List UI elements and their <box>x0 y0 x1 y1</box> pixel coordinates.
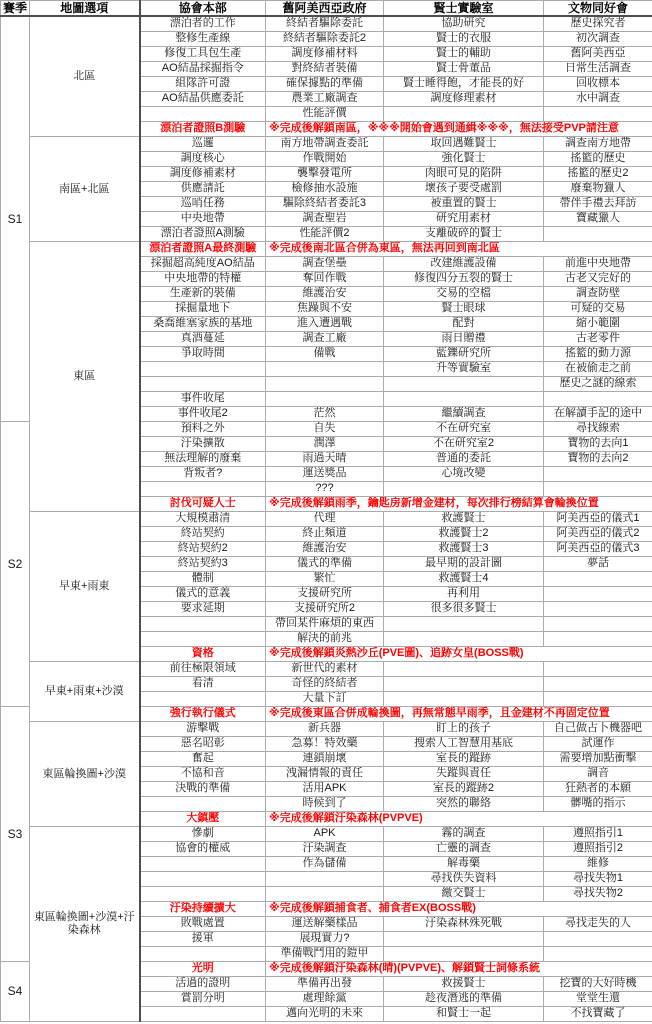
table-row: 早東+雨東大規模肅清代理救護賢士阿美西亞的儀式1 <box>1 512 652 527</box>
quest-cell: 惡名昭彰 <box>140 737 266 752</box>
quest-cell <box>266 872 384 887</box>
quest-cell: 性能評價 <box>266 107 384 122</box>
unlock-note-cell: ※完成後南北區合併為東區，無法再回到南北區 <box>266 242 652 257</box>
quest-cell: 調查防壁 <box>544 287 652 302</box>
quest-cell: 慘劇 <box>140 827 266 842</box>
quest-cell <box>544 572 652 587</box>
milestone-cell: 討伐可疑人士 <box>140 497 266 512</box>
quest-cell: 協會的權威 <box>140 842 266 857</box>
quest-cell: 亡靈的調查 <box>384 842 544 857</box>
milestone-cell: 大鎮壓 <box>140 812 266 827</box>
season-cell: S2 <box>1 422 30 707</box>
quest-cell: 調查聖岩 <box>266 212 384 227</box>
quest-cell: 寶藏獵人 <box>544 212 652 227</box>
quest-cell: 霧的調查 <box>384 827 544 842</box>
quest-cell: 檢修抽水設施 <box>266 182 384 197</box>
column-header-map: 地圖選項 <box>30 1 140 17</box>
quest-cell: 救援賢士 <box>384 977 544 992</box>
quest-cell: 生產新的裝備 <box>140 287 266 302</box>
quest-cell: 協助研究 <box>384 16 544 32</box>
quest-cell: 帶伴手禮去拜訪 <box>544 197 652 212</box>
quest-cell: 儀式的準備 <box>266 557 384 572</box>
quest-cell <box>544 482 652 497</box>
quest-cell: 襲擊發電所 <box>266 167 384 182</box>
quest-cell: 邁向光明的未來 <box>266 1007 384 1022</box>
quest-cell: 確保據點的準備 <box>266 77 384 92</box>
quest-cell <box>544 947 652 962</box>
quest-cell: 古老零件 <box>544 332 652 347</box>
map-cell: 東區輪換圖+沙漠+汙染森林 <box>30 827 140 1022</box>
quest-cell <box>384 377 544 392</box>
quest-cell: 雨過天晴 <box>266 452 384 467</box>
quest-cell: 遵照指引1 <box>544 827 652 842</box>
quest-cell: ??? <box>266 482 384 497</box>
quest-cell: 作為儲備 <box>266 857 384 872</box>
quest-cell: 雨日贈禮 <box>384 332 544 347</box>
quest-cell <box>140 632 266 647</box>
quest-cell: 搜索人工智慧用基底 <box>384 737 544 752</box>
quest-cell: 賢士睡得飽，才能長的好 <box>384 77 544 92</box>
map-cell: 早東+雨東+沙漠 <box>30 662 140 722</box>
milestone-cell: 光明 <box>140 962 266 977</box>
quest-cell: 繁忙 <box>266 572 384 587</box>
quest-cell <box>140 107 266 122</box>
quest-cell: AO結晶供應委託 <box>140 92 266 107</box>
quest-cell <box>140 1007 266 1022</box>
quest-cell: 交易的空檔 <box>384 287 544 302</box>
quest-cell: 修復四分五裂的賢士 <box>384 272 544 287</box>
quest-cell: 配對 <box>384 317 544 332</box>
quest-cell: 準備戰鬥用的鎧甲 <box>266 947 384 962</box>
quest-cell: 解決的前兆 <box>266 632 384 647</box>
quest-cell <box>140 692 266 707</box>
quest-cell: 農業工廠調查 <box>266 92 384 107</box>
quest-cell: 舊阿美西亞 <box>544 47 652 62</box>
quest-cell: 運送解藥樣品 <box>266 917 384 932</box>
quest-cell: 不在研究室2 <box>384 437 544 452</box>
quest-cell: 組隊許可證 <box>140 77 266 92</box>
quest-cell: 寶物的去向2 <box>544 452 652 467</box>
quest-cell <box>140 857 266 872</box>
quest-cell: 救護賢士 <box>384 512 544 527</box>
quest-cell <box>266 887 384 902</box>
quest-cell: 失蹤與責任 <box>384 767 544 782</box>
table-row: 東區輪換圖+沙漠+汙染森林慘劇APK霧的調查遵照指引1 <box>1 827 652 842</box>
quest-cell: 驅除終結者委託3 <box>266 197 384 212</box>
quest-cell: 活過的證明 <box>140 977 266 992</box>
quest-cell: 日常生活調查 <box>544 62 652 77</box>
quest-cell: 水中調查 <box>544 92 652 107</box>
quest-cell: 很多很多賢士 <box>384 602 544 617</box>
quest-cell <box>384 677 544 692</box>
quest-cell: 真酒蔓延 <box>140 332 266 347</box>
quest-cell: 縮小範圍 <box>544 317 652 332</box>
quest-cell: 狂熱者的本願 <box>544 782 652 797</box>
quest-cell: 升等實驗室 <box>384 362 544 377</box>
unlock-note-cell: ※完成後解鎖捕食者、捕食者EX(BOSS戰) <box>266 902 652 917</box>
quest-cell: 作戰開始 <box>266 152 384 167</box>
quest-cell: 代理 <box>266 512 384 527</box>
quest-cell: 初次調查 <box>544 32 652 47</box>
quest-cell: 改建維護設備 <box>384 257 544 272</box>
quest-cell: 搖籃的歷史2 <box>544 167 652 182</box>
quest-cell: 整修生產線 <box>140 32 266 47</box>
quest-cell <box>544 677 652 692</box>
quest-cell: 預料之外 <box>140 422 266 437</box>
quest-cell: 在解讀手記的途中 <box>544 407 652 422</box>
quest-cell: 盯上的孩子 <box>384 722 544 737</box>
quest-cell <box>140 482 266 497</box>
quest-cell: 支援研究所 <box>266 587 384 602</box>
quest-cell: 備戰 <box>266 347 384 362</box>
quest-cell: 古老又完好的 <box>544 272 652 287</box>
quest-cell: 繳交賢士 <box>384 887 544 902</box>
quest-cell: 和賢士一起 <box>384 1007 544 1022</box>
quest-cell: 歷史探究者 <box>544 16 652 32</box>
quest-cell: 南方地帶調查委託 <box>266 137 384 152</box>
quest-cell: 賞罰分明 <box>140 992 266 1007</box>
quest-cell <box>140 362 266 377</box>
quest-cell: 中央地帶 <box>140 212 266 227</box>
quest-cell: 尋找失物2 <box>544 887 652 902</box>
quest-cell <box>544 587 652 602</box>
quest-cell <box>384 662 544 677</box>
quest-cell: 事件收尾 <box>140 392 266 407</box>
quest-cell <box>544 632 652 647</box>
quest-cell: 看清 <box>140 677 266 692</box>
milestone-cell: 汙染持續擴大 <box>140 902 266 917</box>
quest-cell: 寶物的去向1 <box>544 437 652 452</box>
quest-cell: 最早期的設計圖 <box>384 557 544 572</box>
quest-cell: 遵照指引2 <box>544 842 652 857</box>
quest-cell: 處理餘黨 <box>266 992 384 1007</box>
quest-cell: 帶回某件麻煩的東西 <box>266 617 384 632</box>
map-cell: 東區輪換圖+沙漠 <box>30 722 140 827</box>
unlock-note-cell: ※完成後解鎖汙染森林(PVPVE) <box>266 812 652 827</box>
quest-cell: 心境改變 <box>384 467 544 482</box>
quest-cell: 終結者驅除委託 <box>266 16 384 32</box>
quest-cell: 修復工具包生產 <box>140 47 266 62</box>
quest-cell: 供應請託 <box>140 182 266 197</box>
quest-cell: 歷史之謎的線索 <box>544 377 652 392</box>
quest-cell: 趁夜潛逃的準備 <box>384 992 544 1007</box>
quest-cell <box>544 602 652 617</box>
quest-cell: 回收標本 <box>544 77 652 92</box>
quest-cell: 阿美西亞的儀式2 <box>544 527 652 542</box>
quest-cell: 尋找走失的人 <box>544 917 652 932</box>
quest-cell: 漂泊者證照A測驗 <box>140 227 266 242</box>
quest-cell <box>544 662 652 677</box>
quest-cell: 準備再出發 <box>266 977 384 992</box>
quest-cell: 廢棄物獵人 <box>544 182 652 197</box>
quest-cell: 爭取時間 <box>140 347 266 362</box>
quest-cell: 終止頻道 <box>266 527 384 542</box>
quest-cell: 事件收尾2 <box>140 407 266 422</box>
column-header-artifact-club: 文物同好會 <box>544 1 652 17</box>
quest-cell: 進入遭遇戰 <box>266 317 384 332</box>
quest-cell: 新世代的素材 <box>266 662 384 677</box>
quest-cell: 壞孩子要受處罰 <box>384 182 544 197</box>
map-cell: 北區 <box>30 16 140 137</box>
quest-cell: 救護賢士2 <box>384 527 544 542</box>
milestone-cell: 強行執行儀式 <box>140 707 266 722</box>
quest-cell <box>140 887 266 902</box>
quest-cell: 茫然 <box>266 407 384 422</box>
quest-cell <box>544 227 652 242</box>
quest-cell: 突然的聯絡 <box>384 797 544 812</box>
table-row: 早東+雨東+沙漠前往極限領域新世代的素材 <box>1 662 652 677</box>
quest-cell: 研究用素材 <box>384 212 544 227</box>
quest-cell: 阿美西亞的儀式1 <box>544 512 652 527</box>
quest-cell <box>384 617 544 632</box>
quest-cell: 救護賢士4 <box>384 572 544 587</box>
quest-cell <box>384 947 544 962</box>
quest-cell: 肉眼可見的陷阱 <box>384 167 544 182</box>
quest-cell: 汙染擴散 <box>140 437 266 452</box>
quest-cell: 不在研究室 <box>384 422 544 437</box>
quest-cell: 決戰的準備 <box>140 782 266 797</box>
quest-cell: 不協和音 <box>140 767 266 782</box>
quest-cell: 桑喬維塞家族的基地 <box>140 317 266 332</box>
quest-cell: 救護賢士3 <box>384 542 544 557</box>
quest-cell: 活用APK <box>266 782 384 797</box>
quest-cell: 賢士的輔助 <box>384 47 544 62</box>
quest-cell: 前往極限領域 <box>140 662 266 677</box>
quest-cell: 敗戰處置 <box>140 917 266 932</box>
quest-cell: 時候到了 <box>266 797 384 812</box>
quest-cell: 被重置的賢士 <box>384 197 544 212</box>
quest-cell: 調度修補材料 <box>266 47 384 62</box>
quest-cell: 大規模肅清 <box>140 512 266 527</box>
quest-cell: 巡哨任務 <box>140 197 266 212</box>
quest-cell: 終結者驅除委託2 <box>266 32 384 47</box>
quest-cell: APK <box>266 827 384 842</box>
map-cell: 早東+雨東 <box>30 512 140 662</box>
quest-cell: 普通的委託 <box>384 452 544 467</box>
quest-cell: 運送獎品 <box>266 467 384 482</box>
quest-cell <box>384 392 544 407</box>
quest-cell: 賢士的衣服 <box>384 32 544 47</box>
quest-cell: 調音 <box>544 767 652 782</box>
quest-cell: 連鎖崩壞 <box>266 752 384 767</box>
quest-cell <box>140 947 266 962</box>
season-cell: S4 <box>1 962 30 1022</box>
quest-cell: 奮起 <box>140 752 266 767</box>
quest-cell: 大量下訂 <box>266 692 384 707</box>
quest-cell: 中央地帶的特權 <box>140 272 266 287</box>
quest-cell <box>544 692 652 707</box>
unlock-note-cell: ※完成後解鎖炎熱沙丘(PVE圖)、追跡女皇(BOSS戰) <box>266 647 652 662</box>
quest-cell <box>544 932 652 947</box>
quest-cell: 採掘量地下 <box>140 302 266 317</box>
quest-cell <box>140 617 266 632</box>
column-header-association-hq: 協會本部 <box>140 1 266 17</box>
quest-cell: 搖籃的動力源 <box>544 347 652 362</box>
quest-cell: 援軍 <box>140 932 266 947</box>
quest-cell: 終站契約3 <box>140 557 266 572</box>
quest-cell: 再利用 <box>384 587 544 602</box>
quest-cell: 調查堡壘 <box>266 257 384 272</box>
quest-cell: 體制 <box>140 572 266 587</box>
quest-cell: 急募！特效藥 <box>266 737 384 752</box>
quest-cell: 尋找佚失資料 <box>384 872 544 887</box>
map-cell: 南區+北區 <box>30 137 140 242</box>
season-cell: S3 <box>1 707 30 962</box>
quest-table: 賽季 地圖選項 協會本部 舊阿美西亞政府 賢士實驗室 文物同好會 S1北區漂泊者… <box>0 0 652 1022</box>
unlock-note-cell: ※完成後解鎖南區，※※※開始會遇到通緝※※※，無法接受PVP請注意 <box>266 122 652 137</box>
table-body: S1北區漂泊者的工作終結者驅除委託協助研究歷史探究者整修生產線終結者驅除委託2賢… <box>1 16 652 1022</box>
quest-cell: 要求延期 <box>140 602 266 617</box>
quest-cell <box>266 377 384 392</box>
unlock-note-cell: ※完成後解鎖汙染森林(晴)(PVPVE)、解鎖賢士詞條系統 <box>266 962 652 977</box>
quest-cell <box>266 362 384 377</box>
quest-cell: 採掘超高純度AO結晶 <box>140 257 266 272</box>
quest-cell: 需要增加點衝擊 <box>544 752 652 767</box>
quest-cell: 漂泊者的工作 <box>140 16 266 32</box>
quest-cell <box>544 617 652 632</box>
quest-cell: 試運作 <box>544 737 652 752</box>
quest-cell: 汙染森林殊死戰 <box>384 917 544 932</box>
quest-cell: 汙染調查 <box>266 842 384 857</box>
quest-cell: 支援研究所2 <box>266 602 384 617</box>
column-header-old-amasia-gov: 舊阿美西亞政府 <box>266 1 384 17</box>
quest-cell: 儀式的意義 <box>140 587 266 602</box>
quest-cell: 調查工廠 <box>266 332 384 347</box>
quest-cell <box>384 632 544 647</box>
quest-cell: 對終結者裝備 <box>266 62 384 77</box>
table-row: 南區+北區巡邏南方地帶調查委託取回遇難賢士調查南方地帶 <box>1 137 652 152</box>
quest-cell: 無法理解的廢棄 <box>140 452 266 467</box>
quest-cell: 維護治安 <box>266 287 384 302</box>
quest-cell <box>266 392 384 407</box>
quest-cell: 維護治安 <box>266 542 384 557</box>
quest-cell <box>140 377 266 392</box>
quest-cell: 繼續調查 <box>384 407 544 422</box>
quest-cell: 調度修理素材 <box>384 92 544 107</box>
quest-cell: 奪回作戰 <box>266 272 384 287</box>
quest-cell: 室長的蹤跡 <box>384 752 544 767</box>
season-cell: S1 <box>1 16 30 422</box>
quest-cell <box>384 932 544 947</box>
quest-cell: 調查南方地帶 <box>544 137 652 152</box>
quest-cell: 維修 <box>544 857 652 872</box>
quest-cell <box>384 482 544 497</box>
quest-cell: 強化賢士 <box>384 152 544 167</box>
quest-cell: 巡邏 <box>140 137 266 152</box>
quest-cell: 前進中央地帶 <box>544 257 652 272</box>
quest-cell <box>544 467 652 482</box>
quest-cell: 搖籃的歷史 <box>544 152 652 167</box>
quest-cell <box>140 872 266 887</box>
quest-cell: 賢士眼球 <box>384 302 544 317</box>
quest-cell: 藍鑠研究所 <box>384 347 544 362</box>
table-row: 東區輪換圖+沙漠游擊戰新兵器盯上的孩子自己做占卜機器吧 <box>1 722 652 737</box>
quest-cell: 洩漏情報的責任 <box>266 767 384 782</box>
quest-cell: 在被偷走之前 <box>544 362 652 377</box>
column-header-sage-lab: 賢士實驗室 <box>384 1 544 17</box>
quest-cell: 堂堂生還 <box>544 992 652 1007</box>
quest-cell: 尋找線索 <box>544 422 652 437</box>
quest-cell: 阿美西亞的儀式3 <box>544 542 652 557</box>
quest-cell <box>544 107 652 122</box>
column-header-season: 賽季 <box>1 1 30 17</box>
quest-cell: 背叛者? <box>140 467 266 482</box>
quest-cell: 夢話 <box>544 557 652 572</box>
quest-cell: 奇怪的終結者 <box>266 677 384 692</box>
quest-cell: 取回遇難賢士 <box>384 137 544 152</box>
quest-cell: 性能評價2 <box>266 227 384 242</box>
quest-cell: 可疑的交易 <box>544 302 652 317</box>
quest-cell: 賢士骨董品 <box>384 62 544 77</box>
quest-cell: 游擊戰 <box>140 722 266 737</box>
quest-cell: 不找寶藏了 <box>544 1007 652 1022</box>
quest-cell: 潤澤 <box>266 437 384 452</box>
quest-cell: 終站契約2 <box>140 542 266 557</box>
quest-cell <box>384 107 544 122</box>
map-cell: 東區 <box>30 242 140 512</box>
quest-cell <box>384 692 544 707</box>
quest-cell: 自己做占卜機器吧 <box>544 722 652 737</box>
quest-cell: 新兵器 <box>266 722 384 737</box>
milestone-cell: 資格 <box>140 647 266 662</box>
table-row: S1北區漂泊者的工作終結者驅除委託協助研究歷史探究者 <box>1 16 652 32</box>
header-row: 賽季 地圖選項 協會本部 舊阿美西亞政府 賢士實驗室 文物同好會 <box>1 1 652 17</box>
quest-cell: 焦躁與不安 <box>266 302 384 317</box>
quest-cell: 自失 <box>266 422 384 437</box>
quest-cell: 髒嘴的指示 <box>544 797 652 812</box>
table-row: 東區漂泊者證照A最終測驗※完成後南北區合併為東區，無法再回到南北區 <box>1 242 652 257</box>
quest-cell <box>544 392 652 407</box>
quest-cell: 尋找失物1 <box>544 872 652 887</box>
unlock-note-cell: ※完成後解鎖雨季，鑰匙房新增金建材，每次排行榜結算會輪換位置 <box>266 497 652 512</box>
quest-cell: 調度核心 <box>140 152 266 167</box>
quest-cell: 支離破碎的賢士 <box>384 227 544 242</box>
quest-cell: AO結晶採掘指令 <box>140 62 266 77</box>
quest-cell: 解毒藥 <box>384 857 544 872</box>
quest-cell: 調度修補素材 <box>140 167 266 182</box>
quest-cell: 終站契約 <box>140 527 266 542</box>
unlock-note-cell: ※完成後東區合併成輪換圖，再無常態早雨季，且金建材不再固定位置 <box>266 707 652 722</box>
quest-cell: 室長的蹤跡2 <box>384 782 544 797</box>
quest-cell <box>140 797 266 812</box>
quest-cell: 展現實力? <box>266 932 384 947</box>
milestone-cell: 漂泊者證照A最終測驗 <box>140 242 266 257</box>
quest-cell: 挖寶的大好時機 <box>544 977 652 992</box>
milestone-cell: 漂泊者證照B測驗 <box>140 122 266 137</box>
